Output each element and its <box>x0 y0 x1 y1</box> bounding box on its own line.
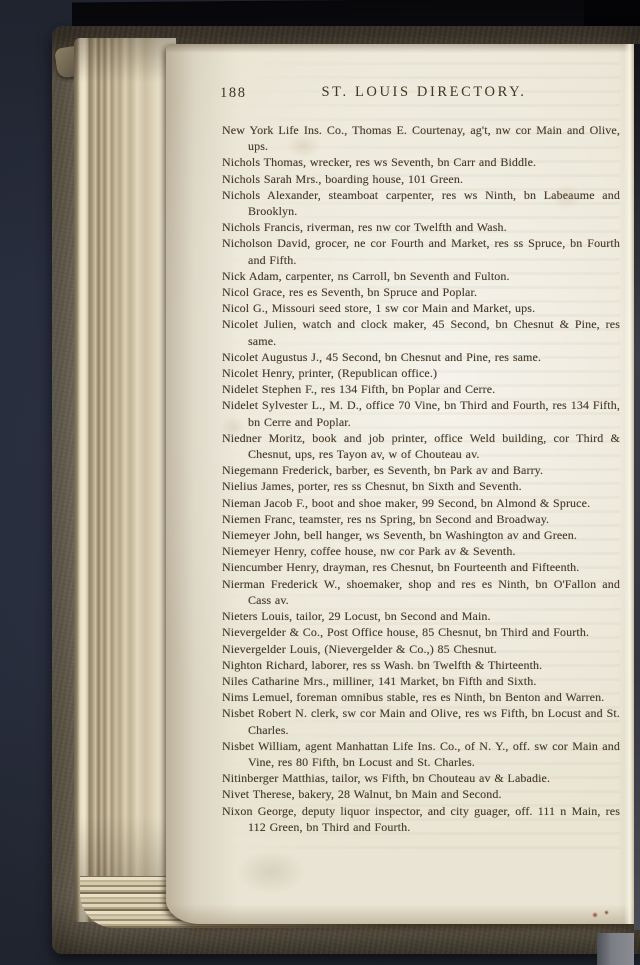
directory-entry: Nievergelder Louis, (Nievergelder & Co.,… <box>222 641 620 657</box>
foxing-spot <box>236 850 306 894</box>
directory-entry: Nichols Francis, riverman, res nw cor Tw… <box>222 219 620 235</box>
directory-entry: Niemeyer John, bell hanger, ws Seventh, … <box>222 527 620 543</box>
directory-entry: Nichols Alexander, steamboat carpenter, … <box>222 187 620 219</box>
directory-entry: Nitinberger Matthias, tailor, ws Fifth, … <box>222 770 620 786</box>
directory-entry: Niencumber Henry, drayman, res Chesnut, … <box>222 559 620 575</box>
directory-entry: Nidelet Stephen F., res 134 Fifth, bn Po… <box>222 381 620 397</box>
book-page: 188 ST. LOUIS DIRECTORY. New York Life I… <box>166 44 634 924</box>
frame-right-edge <box>634 44 640 930</box>
page-fore-edge <box>624 44 634 924</box>
directory-entry: Nisbet William, agent Manhattan Life Ins… <box>222 738 620 770</box>
directory-entry: New York Life Ins. Co., Thomas E. Courte… <box>222 122 620 154</box>
directory-entry: Nicholson David, grocer, ne cor Fourth a… <box>222 235 620 267</box>
directory-entry: Nierman Frederick W., shoemaker, shop an… <box>222 576 620 608</box>
page-edges-left <box>74 38 176 922</box>
directory-entry: Nicolet Henry, printer, (Republican offi… <box>222 365 620 381</box>
page-title: ST. LOUIS DIRECTORY. <box>222 84 626 101</box>
directory-entry: Niegemann Frederick, barber, es Seventh,… <box>222 462 620 478</box>
book-stand <box>597 933 634 965</box>
directory-entry: Nieman Jacob F., boot and shoe maker, 99… <box>222 495 620 511</box>
page-text: 188 ST. LOUIS DIRECTORY. New York Life I… <box>222 84 620 835</box>
directory-entry: Niemeyer Henry, coffee house, nw cor Par… <box>222 543 620 559</box>
photo-background: 188 ST. LOUIS DIRECTORY. New York Life I… <box>0 0 640 965</box>
directory-entry: Nick Adam, carpenter, ns Carroll, bn Sev… <box>222 268 620 284</box>
foxing-dot-red <box>592 912 598 918</box>
directory-entry: Nichols Sarah Mrs., boarding house, 101 … <box>222 171 620 187</box>
directory-entry: Nicol Grace, res es Seventh, bn Spruce a… <box>222 284 620 300</box>
directory-entry: Niedner Moritz, book and job printer, of… <box>222 430 620 462</box>
directory-entry: Nicol G., Missouri seed store, 1 sw cor … <box>222 300 620 316</box>
directory-entry: Niles Catharine Mrs., milliner, 141 Mark… <box>222 673 620 689</box>
directory-entry: Nievergelder & Co., Post Office house, 8… <box>222 624 620 640</box>
directory-entry: Nielius James, porter, res ss Chesnut, b… <box>222 478 620 494</box>
directory-entry: Nichols Thomas, wrecker, res ws Seventh,… <box>222 154 620 170</box>
directory-entry: Nicolet Augustus J., 45 Second, bn Chesn… <box>222 349 620 365</box>
directory-entries: New York Life Ins. Co., Thomas E. Courte… <box>222 122 620 835</box>
directory-entry: Nivet Therese, bakery, 28 Walnut, bn Mai… <box>222 786 620 802</box>
foxing-dot-red <box>604 910 609 915</box>
directory-entry: Nixon George, deputy liquor inspector, a… <box>222 803 620 835</box>
directory-entry: Nisbet Robert N. clerk, sw cor Main and … <box>222 705 620 737</box>
directory-entry: Niemen Franc, teamster, res ns Spring, b… <box>222 511 620 527</box>
page-header: 188 ST. LOUIS DIRECTORY. <box>222 84 620 106</box>
directory-entry: Nieters Louis, tailor, 29 Locust, bn Sec… <box>222 608 620 624</box>
directory-entry: Nicolet Julien, watch and clock maker, 4… <box>222 316 620 348</box>
directory-entry: Nighton Richard, laborer, res ss Wash. b… <box>222 657 620 673</box>
directory-entry: Nidelet Sylvester L., M. D., office 70 V… <box>222 397 620 429</box>
directory-entry: Nims Lemuel, foreman omnibus stable, res… <box>222 689 620 705</box>
